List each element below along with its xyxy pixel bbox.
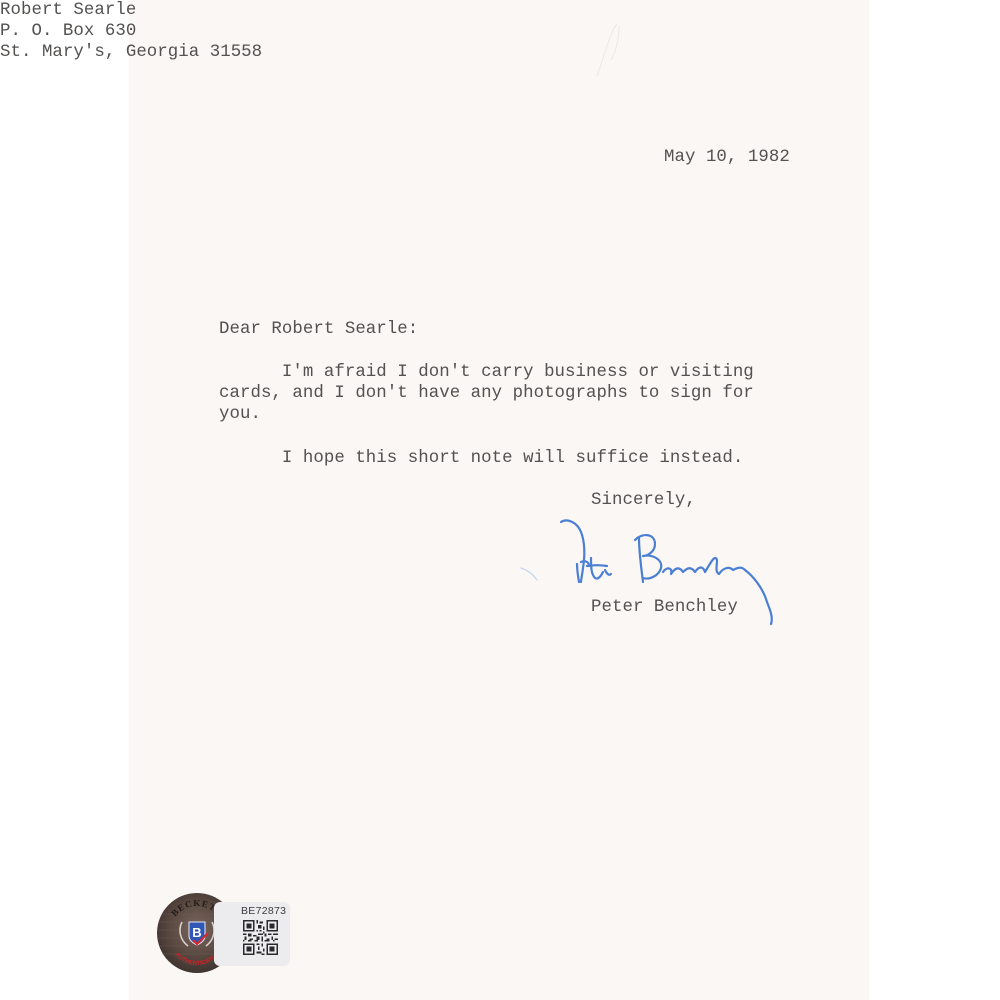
certificate-id: BE72873	[241, 905, 286, 917]
recipient-address-line2: St. Mary's, Georgia 31558	[0, 42, 1000, 63]
signer-typed-name: Peter Benchley	[591, 597, 738, 618]
recipient-address: Robert Searle P. O. Box 630 St. Mary's, …	[0, 0, 1000, 63]
recipient-name: Robert Searle	[0, 0, 1000, 21]
body-paragraph-2: I hope this short note will suffice inst…	[219, 448, 743, 469]
closing: Sincerely,	[591, 490, 696, 511]
letter-date: May 10, 1982	[664, 147, 790, 168]
qr-code-icon[interactable]	[243, 920, 278, 955]
recipient-address-line1: P. O. Box 630	[0, 21, 1000, 42]
body-paragraph-1: I'm afraid I don't carry business or vis…	[219, 362, 754, 425]
seal-monogram: B	[192, 925, 201, 940]
salutation: Dear Robert Searle:	[219, 319, 418, 340]
